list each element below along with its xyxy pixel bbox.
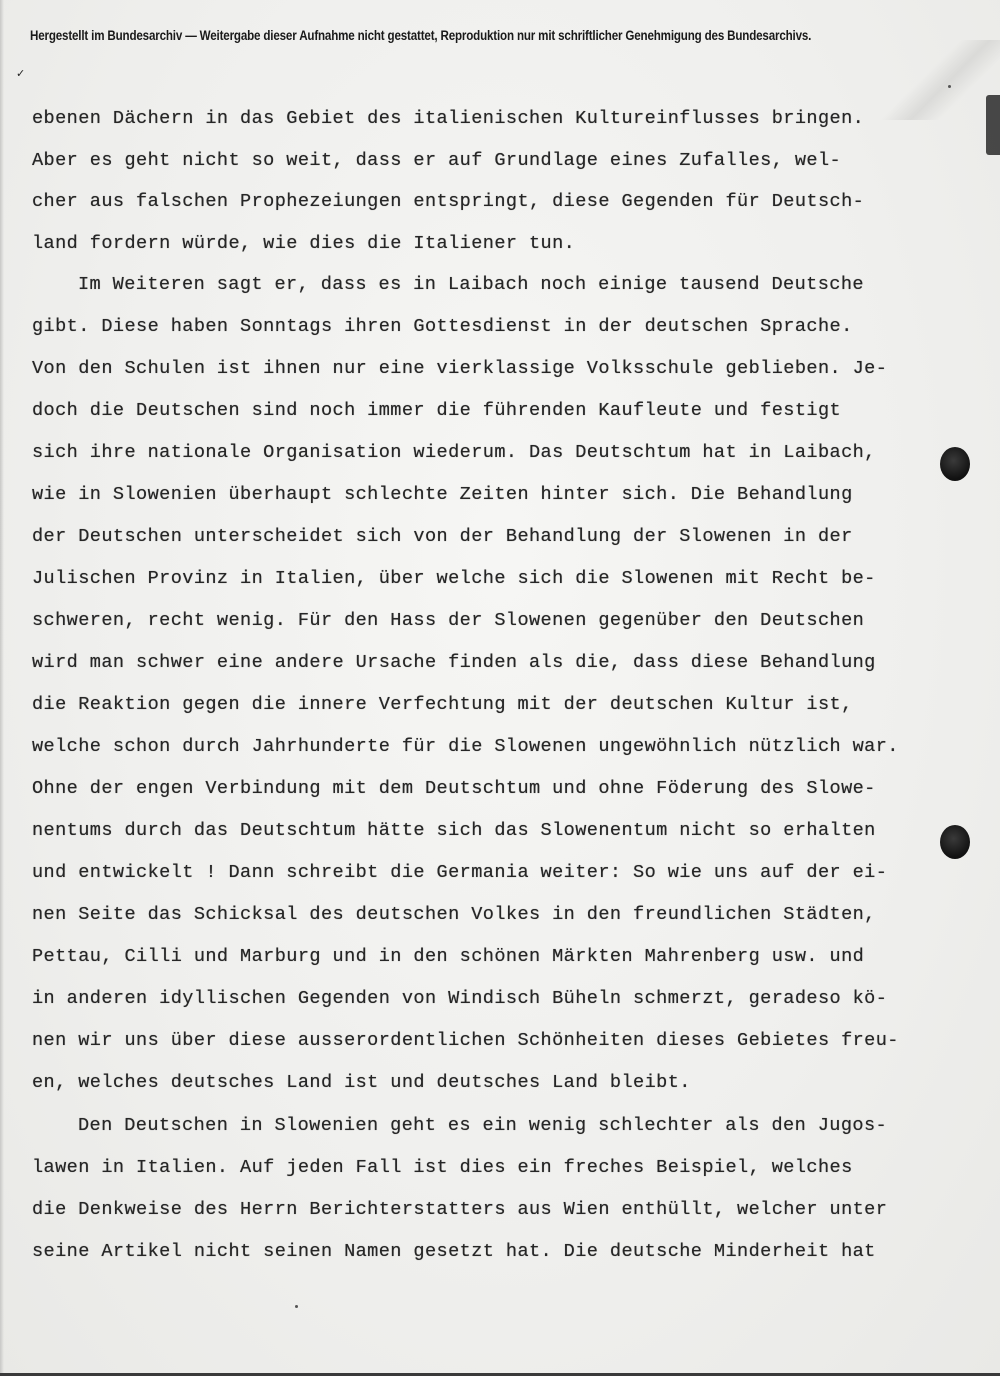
scan-left-edge <box>0 0 4 1376</box>
text-line: in anderen idyllischen Gegenden von Wind… <box>32 988 887 1009</box>
text-line: Im Weiteren sagt er, dass es in Laibach … <box>78 274 864 295</box>
text-line: Pettau, Cilli und Marburg und in den sch… <box>32 946 864 967</box>
text-line: seine Artikel nicht seinen Namen gesetzt… <box>32 1241 876 1262</box>
text-line: land fordern würde, wie dies die Italien… <box>32 233 575 254</box>
text-line: Ohne der engen Verbindung mit dem Deutsc… <box>32 778 876 799</box>
text-line: und entwickelt ! Dann schreibt die Germa… <box>32 862 887 883</box>
text-line: nentums durch das Deutschtum hätte sich … <box>32 820 876 841</box>
text-line: Den Deutschen in Slowenien geht es ein w… <box>78 1115 887 1136</box>
text-line: welche schon durch Jahrhunderte für die … <box>32 736 899 757</box>
paper-clip-shadow <box>986 95 1000 155</box>
document-page: Hergestellt im Bundesarchiv — Weitergabe… <box>0 0 1000 1376</box>
margin-check-mark-icon: ✓ <box>16 67 25 80</box>
punch-hole <box>940 825 970 859</box>
text-line: der Deutschen unterscheidet sich von der… <box>32 526 853 547</box>
text-line: wie in Slowenien überhaupt schlechte Zei… <box>32 484 853 505</box>
punch-hole <box>940 447 970 481</box>
text-line: Aber es geht nicht so weit, dass er auf … <box>32 150 841 171</box>
text-line: doch die Deutschen sind noch immer die f… <box>32 400 841 421</box>
text-line: sich ihre nationale Organisation wiederu… <box>32 442 876 463</box>
text-line: Von den Schulen ist ihnen nur eine vierk… <box>32 358 887 379</box>
text-line: nen Seite das Schicksal des deutschen Vo… <box>32 904 876 925</box>
text-line: en, welches deutsches Land ist und deuts… <box>32 1072 691 1093</box>
text-line: wird man schwer eine andere Ursache find… <box>32 652 876 673</box>
text-line: schweren, recht wenig. Für den Hass der … <box>32 610 864 631</box>
paper-fold-shadow <box>880 40 1000 120</box>
text-line: gibt. Diese haben Sonntags ihren Gottesd… <box>32 316 853 337</box>
text-line: ebenen Dächern in das Gebiet des italien… <box>32 108 864 129</box>
text-line: cher aus falschen Prophezeiungen entspri… <box>32 191 864 212</box>
text-line: lawen in Italien. Auf jeden Fall ist die… <box>32 1157 853 1178</box>
text-line: nen wir uns über diese ausserordentliche… <box>32 1030 899 1051</box>
archive-notice: Hergestellt im Bundesarchiv — Weitergabe… <box>30 28 856 43</box>
text-line: die Reaktion gegen die innere Verfechtun… <box>32 694 853 715</box>
text-line: Julischen Provinz in Italien, über welch… <box>32 568 876 589</box>
paper-speck <box>295 1305 298 1308</box>
paper-speck <box>948 85 951 88</box>
text-line: die Denkweise des Herrn Berichterstatter… <box>32 1199 887 1220</box>
